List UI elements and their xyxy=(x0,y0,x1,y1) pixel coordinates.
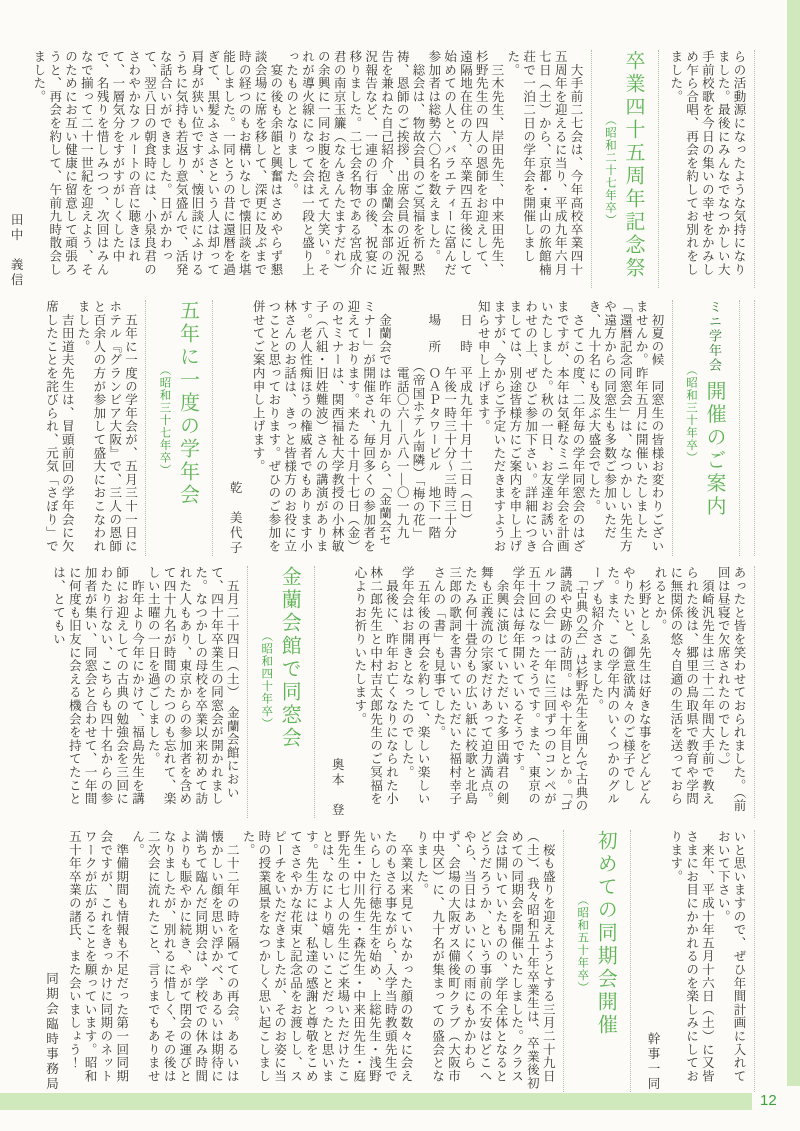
paragraph: 初夏の候 同窓生の皆様お変わりございませんか。昨年五月に開催いたしました「還暦記… xyxy=(585,300,664,556)
article-class-year: （昭和四十年卒） xyxy=(258,566,274,818)
paragraph: 最後に、昨年お亡くなりになられた小林二郎先生と中村吉太郎先生のご冥福を心よりお祈… xyxy=(351,566,398,818)
paragraph: 三木先生、岸田先生、中来田先生、杉野先生の四人の恩師をお迎えして、遠隔地在住の方… xyxy=(425,50,504,288)
paragraph: 余興に演じていただいた多田満君の剣舞も正義流の宗家だけあって迫力満点。たたみ何十… xyxy=(430,566,509,818)
mini-gakunenkai-body: 初夏の候 同窓生の皆様お変わりございませんか。昨年五月に開催いたしました「還暦記… xyxy=(474,300,664,556)
paragraph: さてこの度、二年毎の学年同窓会のはざまですが、本年は気軽なミニ学年会を計画いたし… xyxy=(474,300,585,556)
event-detail-line: 午後一時三十分～三時三十分 xyxy=(441,300,457,556)
band-2: ミニ学年会開催のご案内（昭和三十年卒） 初夏の候 同窓生の皆様お変わりございませ… xyxy=(57,300,755,556)
paragraph: 卒業以来見ていなかった顔の数々に会えたのもさる事ながら、入学当時教頭先生でいらし… xyxy=(239,830,413,1092)
article-title: 五年に一度の学年会（昭和三十七年卒） xyxy=(145,300,213,556)
article-title-column: 金蘭会館で同窓会 xyxy=(274,566,304,818)
page-edge-band-bottom xyxy=(0,1093,752,1110)
event-detail-line: 日 時 平成九年十月十二日（日） xyxy=(457,300,473,556)
previous-article-ending: らの活動源になったような気持になりました。最後にみんなでなつかしい大手前校歌を今… xyxy=(667,50,746,288)
paragraph: 「古典の会」は杉野先生を囲んで古典の講読や史跡の訪問。はや十年目とか。「ゴルフの… xyxy=(509,566,588,818)
article-class-year: （昭和五十年卒） xyxy=(574,830,590,1092)
author-signature: 奥本 登 xyxy=(323,566,349,832)
paragraph: 来年、平成十年五月十六日（土）に又皆さまにお目にかかれるのを楽しみにしております… xyxy=(667,830,714,1092)
kinran-kaikan-body-start: 五月二十四日（土） 金蘭会館において、四十年卒業生の同窓会が開かれました。なつか… xyxy=(50,566,240,818)
paragraph: 大手前二七会は、今年高校卒業四十五周年を迎えるに当り、平成九年六月七日（土）から… xyxy=(504,50,583,288)
paragraph: 桜も盛りを迎えようとする三月二十九日（土）、我々昭和五十年卒業生は、卒業後初めて… xyxy=(413,830,555,1092)
paragraph: いと思いますので、ぜひ年間計画に入れておいて下さい。 xyxy=(714,830,746,1092)
article-title-column: 卒業四十五周年記念祭 xyxy=(618,50,648,288)
page-edge-band-right xyxy=(787,0,800,1086)
paragraph: 金蘭会では昨年の九月から、「金蘭会セミナー」が開催され、毎回多くの参加者を迎えて… xyxy=(249,300,391,556)
article-title-text: 初めての同期会開催 xyxy=(594,830,616,1037)
band-1: らの活動源になったような気持になりました。最後にみんなでなつかしい大手前校歌を今… xyxy=(57,50,755,288)
paragraph: らの活動源になったような気持になりました。最後にみんなでなつかしい大手前校歌を今… xyxy=(667,50,746,288)
paragraph: 五月二十四日（土） 金蘭会館において、四十年卒業生の同窓会が開かれました。なつか… xyxy=(145,566,240,818)
author-signature: 田中 義信 xyxy=(2,50,28,302)
article-title-column: ミニ学年会開催のご案内 xyxy=(699,300,729,556)
paragraph: 宴の後も余韻と興奮はさめやらず懇談会場に席を移して、深更に及ぶまで時の経つのもお… xyxy=(30,50,283,288)
author-signature: 幹事一同 xyxy=(639,830,665,1106)
event-details: 日 時 平成九年十月十二日（日） 午後一時三十分～三時三十分 場 所 ＯＡＰタワ… xyxy=(393,300,472,556)
article-title-text: 金蘭会館で同窓会 xyxy=(278,566,300,750)
article-title-column: 初めての同期会開催 xyxy=(590,830,620,1092)
paragraph: 杉野としゑ先生は好きな事をどんどんやりたいと、御意欲満々のご様子でした。また、こ… xyxy=(588,566,651,818)
articles-area: らの活動源になったような気持になりました。最後にみんなでなつかしい大手前校歌を今… xyxy=(57,50,755,1092)
paragraph: 二十二年の時を隔てての再会。あるいは懐かしい顔を思い浮かべ、あるいは期待に満ちて… xyxy=(129,830,240,1092)
article-class-year: （昭和三十七年卒） xyxy=(156,300,172,556)
article-title-text: 五年に一度の学年会 xyxy=(176,300,198,507)
article-title: 金蘭会館で同窓会（昭和四十年卒） xyxy=(247,566,315,818)
hajimete-doukikai-body: 桜も盛りを迎えようとする三月二十九日（土）、我々昭和五十年卒業生は、卒業後初めて… xyxy=(66,830,556,1092)
article-title-text: 卒業四十五周年記念祭 xyxy=(622,50,644,280)
event-detail-line: 場 所 ＯＡＰタワービル 地下一階 xyxy=(425,300,441,556)
paragraph: 須崎汎先生は三十二年間大手前で教えられた後は、郷里の鳥取県で教育や学問に無関係の… xyxy=(651,566,714,818)
paragraph: 準備期間も情報も不足だった第一回同期会ですが、これをきっかけに同期のネットワーク… xyxy=(66,830,129,1092)
article-class-year: （昭和二十七年卒） xyxy=(602,50,618,288)
article-title: 卒業四十五周年記念祭（昭和二十七年卒） xyxy=(591,50,659,288)
paragraph: あったと皆を笑わせておられました。（前回は昼寝で欠席されたのでした。） xyxy=(714,566,746,818)
newsletter-page: らの活動源になったような気持になりました。最後にみんなでなつかしい大手前校歌を今… xyxy=(0,0,800,1131)
gonen-ichido-body-continued: あったと皆を笑わせておられました。（前回は昼寝で欠席されたのでした。） 須崎汎先… xyxy=(351,566,746,818)
article-title: ミニ学年会開催のご案内（昭和三十年卒） xyxy=(672,300,740,556)
paragraph: 昨年より今年にかけて、福島先生を講師にお迎えしての古典の勉強会を三回にわたり行な… xyxy=(50,566,145,818)
paragraph: 五年後の再会を約して、楽しい楽しい学年会はお開きとなったのでした。 xyxy=(398,566,430,818)
page-number: 12 xyxy=(760,1092,777,1109)
kinran-kaikan-body-end: いと思いますので、ぜひ年間計画に入れておいて下さい。 来年、平成十年五月十六日（… xyxy=(667,830,746,1092)
paragraph: 総会は、物故会員のご冥福を祈る黙祷、恩師のご挨拶、出席会員の近況報告を兼ねた自己… xyxy=(283,50,425,288)
gonen-ichido-body-start: 五年に一度の学年会が、五月三十一日にホテル『グランビア大阪』で、三人の恩師と百余… xyxy=(43,300,138,556)
paragraph: 五年に一度の学年会が、五月三十一日にホテル『グランビア大阪』で、三人の恩師と百余… xyxy=(74,300,137,556)
article-title-kicker: ミニ学年会 xyxy=(707,300,722,373)
article-class-year: （昭和三十年卒） xyxy=(683,300,699,556)
author-signature: 同期会臨時事務局 xyxy=(38,830,64,1106)
paragraph: 吉田道夫先生は、冒頭前回の学年会に欠席したことを詫びられ、元気「さぼり」で xyxy=(43,300,75,556)
article-title-text: 開催のご案内 xyxy=(703,381,725,519)
article-title-column: 五年に一度の学年会 xyxy=(172,300,202,556)
author-signature: 乾 美代子 xyxy=(221,300,247,570)
event-detail-line: 電話〇六―八八一―〇一九九 xyxy=(393,300,409,556)
kinran-seminar-notice: 金蘭会では昨年の九月から、「金蘭会セミナー」が開催され、毎回多くの参加者を迎えて… xyxy=(249,300,391,556)
article-45th-anniversary-body: 大手前二七会は、今年高校卒業四十五周年を迎えるに当り、平成九年六月七日（土）から… xyxy=(30,50,583,288)
band-4: いと思いますので、ぜひ年間計画に入れておいて下さい。 来年、平成十年五月十六日（… xyxy=(57,830,755,1092)
event-detail-line: （帝国ホテル南隣）「梅の花」 xyxy=(409,300,425,556)
article-title: 初めての同期会開催（昭和五十年卒） xyxy=(563,830,631,1092)
band-3: あったと皆を笑わせておられました。（前回は昼寝で欠席されたのでした。） 須崎汎先… xyxy=(57,566,755,818)
